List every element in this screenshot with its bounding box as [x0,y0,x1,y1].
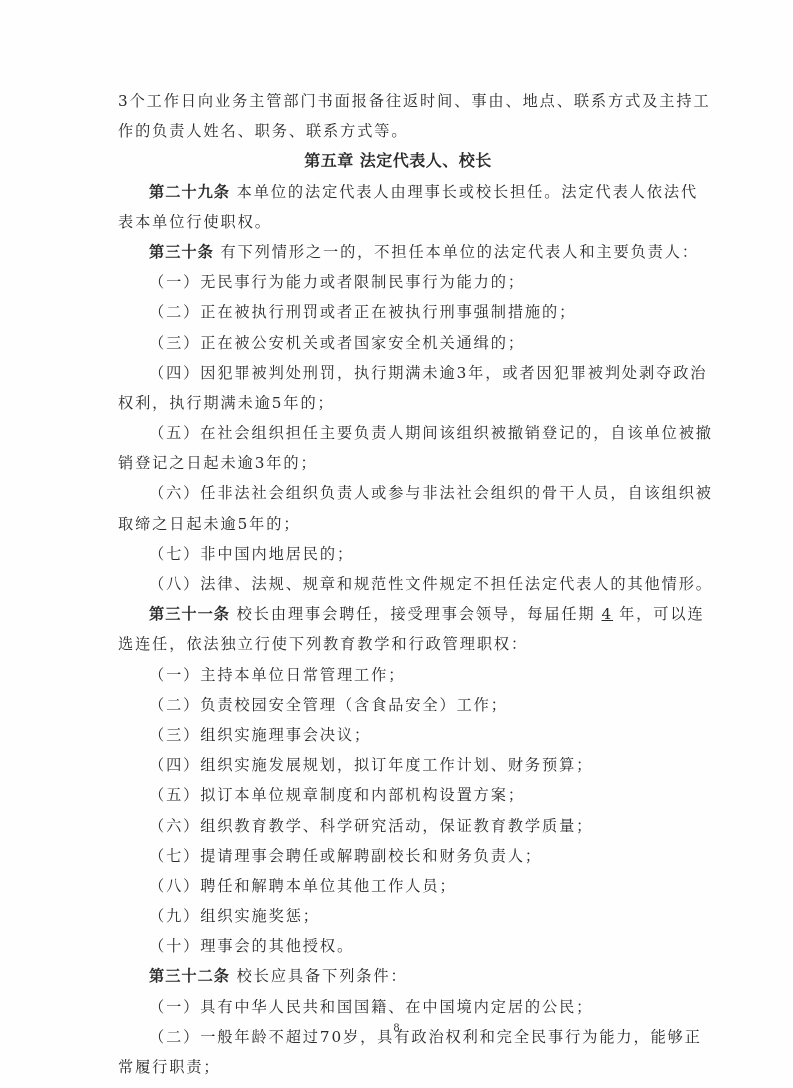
article-30: 第三十条 有下列情形之一的，不担任本单位的法定代表人和主要负责人： [118,237,678,267]
article-text: 校长应具备下列条件： [230,967,408,985]
article-text: 有下列情形之一的，不担任本单位的法定代表人和主要负责人： [214,243,699,261]
text-line: 取缔之日起未逾5年的； [118,509,678,539]
list-item: （四）组织实施发展规划，拟订年度工作计划、财务预算； [118,750,678,780]
article-text: 校长由理事会聘任，接受理事会领导，每届任期 [230,605,596,623]
list-item: （十）理事会的其他授权。 [118,931,678,961]
chapter-heading: 第五章 法定代表人、校长 [118,146,678,176]
article-32: 第三十二条 校长应具备下列条件： [118,961,678,991]
list-item: （二）正在被执行刑罚或者正在被执行刑事强制措施的； [118,297,678,327]
article-number: 第三十条 [149,243,214,261]
article-text-after: 年，可以连 [619,605,704,623]
list-item: （七）非中国内地居民的； [118,539,678,569]
text-line: 选连任，依法独立行使下列教育教学和行政管理职权： [118,629,678,659]
article-29: 第二十九条 本单位的法定代表人由理事长或校长担任。法定代表人依法代 [118,177,678,207]
article-number: 第三十二条 [149,967,230,985]
list-item: （六）组织教育教学、科学研究活动，保证教育教学质量； [118,811,678,841]
term-years-underlined: 4 [596,605,620,623]
list-item: （八）聘任和解聘本单位其他工作人员； [118,871,678,901]
page-body: 3个工作日向业务主管部门书面报备往返时间、事由、地点、联系方式及主持工 作的负责… [118,86,678,1082]
text-line: 表本单位行使职权。 [118,207,678,237]
list-item: （五）在社会组织担任主要负责人期间该组织被撤销登记的，自该单位被撤 [118,418,678,448]
text-line: 3个工作日向业务主管部门书面报备往返时间、事由、地点、联系方式及主持工 [118,86,678,116]
page-number: 8 [0,1020,793,1035]
text-line: 销登记之日起未逾3年的； [118,448,678,478]
article-number: 第二十九条 [149,183,230,201]
list-item: （一）主持本单位日常管理工作； [118,660,678,690]
article-31: 第三十一条 校长由理事会聘任，接受理事会领导，每届任期4年，可以连 [118,599,678,629]
list-item: （五）拟订本单位规章制度和内部机构设置方案； [118,780,678,810]
list-item: （三）正在被公安机关或者国家安全机关通缉的； [118,328,678,358]
article-number: 第三十一条 [149,605,230,623]
list-item: （四）因犯罪被判处刑罚，执行期满未逾3年，或者因犯罪被判处剥夺政治 [118,358,678,388]
list-item: （九）组织实施奖惩； [118,901,678,931]
article-text: 本单位的法定代表人由理事长或校长担任。法定代表人依法代 [230,183,698,201]
list-item: （三）组织实施理事会决议； [118,720,678,750]
list-item: （八）法律、法规、规章和规范性文件规定不担任法定代表人的其他情形。 [118,569,678,599]
document-page: 3个工作日向业务主管部门书面报备往返时间、事由、地点、联系方式及主持工 作的负责… [0,0,793,1088]
list-item: （六）任非法社会组织负责人或参与非法社会组织的骨干人员，自该组织被 [118,478,678,508]
text-line: 作的负责人姓名、职务、联系方式等。 [118,116,678,146]
list-item: （七）提请理事会聘任或解聘副校长和财务负责人； [118,841,678,871]
list-item: （一）具有中华人民共和国国籍、在中国境内定居的公民； [118,992,678,1022]
text-line: 常履行职责； [118,1052,678,1082]
list-item: （二）负责校园安全管理（含食品安全）工作； [118,690,678,720]
text-line: 权利，执行期满未逾5年的； [118,388,678,418]
list-item: （一）无民事行为能力或者限制民事行为能力的； [118,267,678,297]
